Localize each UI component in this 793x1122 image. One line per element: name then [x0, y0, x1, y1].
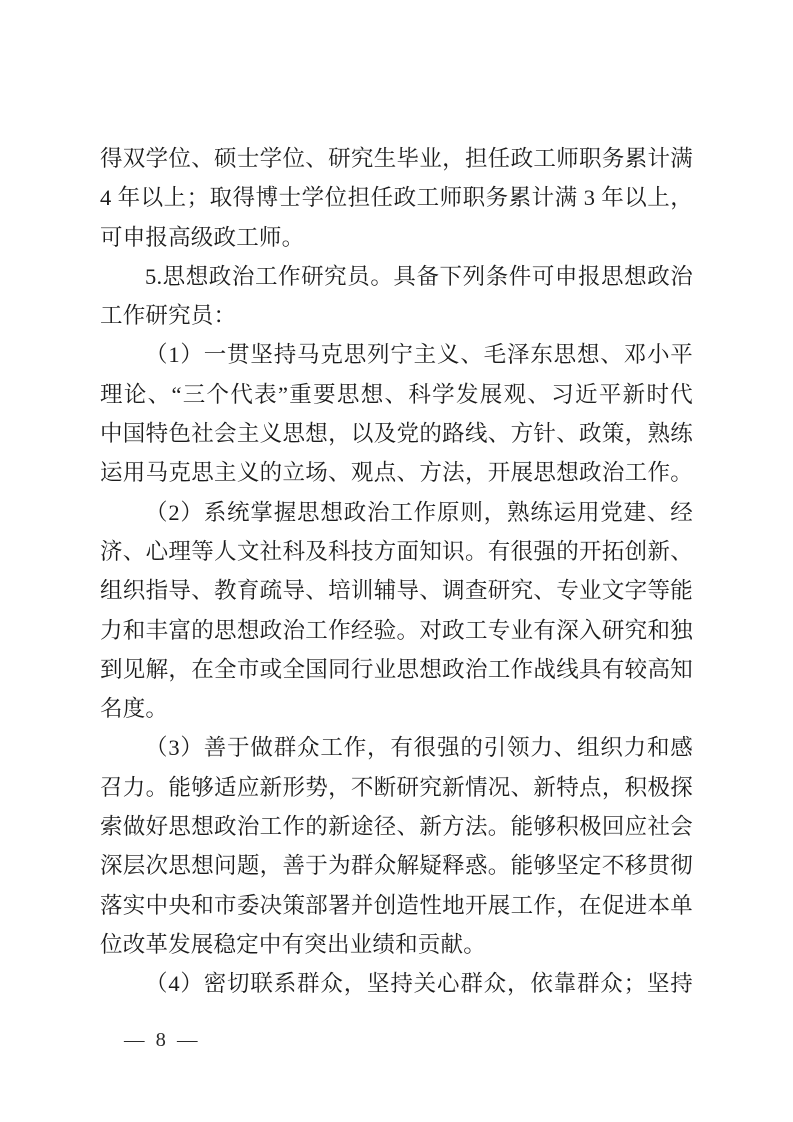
text-line: （2）系统掌握思想政治工作原则，熟练运用党建、经 — [100, 493, 693, 532]
document-body: 得双学位、硕士学位、研究生毕业，担任政工师职务累计满 4 年以上；取得博士学位担… — [100, 139, 693, 1004]
text-line: 深层次思想问题，善于为群众解疑释惑。能够坚定不移贯彻 — [100, 846, 693, 885]
text-line: 落实中央和市委决策部署并创造性地开展工作，在促进本单 — [100, 886, 693, 925]
text-line: 济、心理等人文社科及科技方面知识。有很强的开拓创新、 — [100, 532, 693, 571]
text-line: 召力。能够适应新形势，不断研究新情况、新特点，积极探 — [100, 768, 693, 807]
text-line: 组织指导、教育疏导、培训辅导、调查研究、专业文字等能 — [100, 571, 693, 610]
text-line: 可申报高级政工师。 — [100, 218, 693, 257]
text-line: 索做好思想政治工作的新途径、新方法。能够积极回应社会 — [100, 807, 693, 846]
text-line: （4）密切联系群众，坚持关心群众，依靠群众；坚持 — [100, 964, 693, 1003]
text-line: 理论、“三个代表”重要思想、科学发展观、习近平新时代 — [100, 375, 693, 414]
document-page: 得双学位、硕士学位、研究生毕业，担任政工师职务累计满 4 年以上；取得博士学位担… — [0, 0, 793, 1122]
page-number: — 8 — — [124, 1025, 201, 1055]
text-line: 5.思想政治工作研究员。具备下列条件可申报思想政治 — [100, 257, 693, 296]
text-line: 中国特色社会主义思想，以及党的路线、方针、政策，熟练 — [100, 414, 693, 453]
text-line: （1）一贯坚持马克思列宁主义、毛泽东思想、邓小平 — [100, 335, 693, 374]
text-line: 得双学位、硕士学位、研究生毕业，担任政工师职务累计满 — [100, 139, 693, 178]
text-line: 名度。 — [100, 689, 693, 728]
text-line: 工作研究员： — [100, 296, 693, 335]
text-line: （3）善于做群众工作，有很强的引领力、组织力和感 — [100, 728, 693, 767]
text-line: 运用马克思主义的立场、观点、方法，开展思想政治工作。 — [100, 453, 693, 492]
text-line: 到见解，在全市或全国同行业思想政治工作战线具有较高知 — [100, 650, 693, 689]
text-line: 力和丰富的思想政治工作经验。对政工专业有深入研究和独 — [100, 611, 693, 650]
text-line: 4 年以上；取得博士学位担任政工师职务累计满 3 年以上， — [100, 178, 693, 217]
text-line: 位改革发展稳定中有突出业绩和贡献。 — [100, 925, 693, 964]
